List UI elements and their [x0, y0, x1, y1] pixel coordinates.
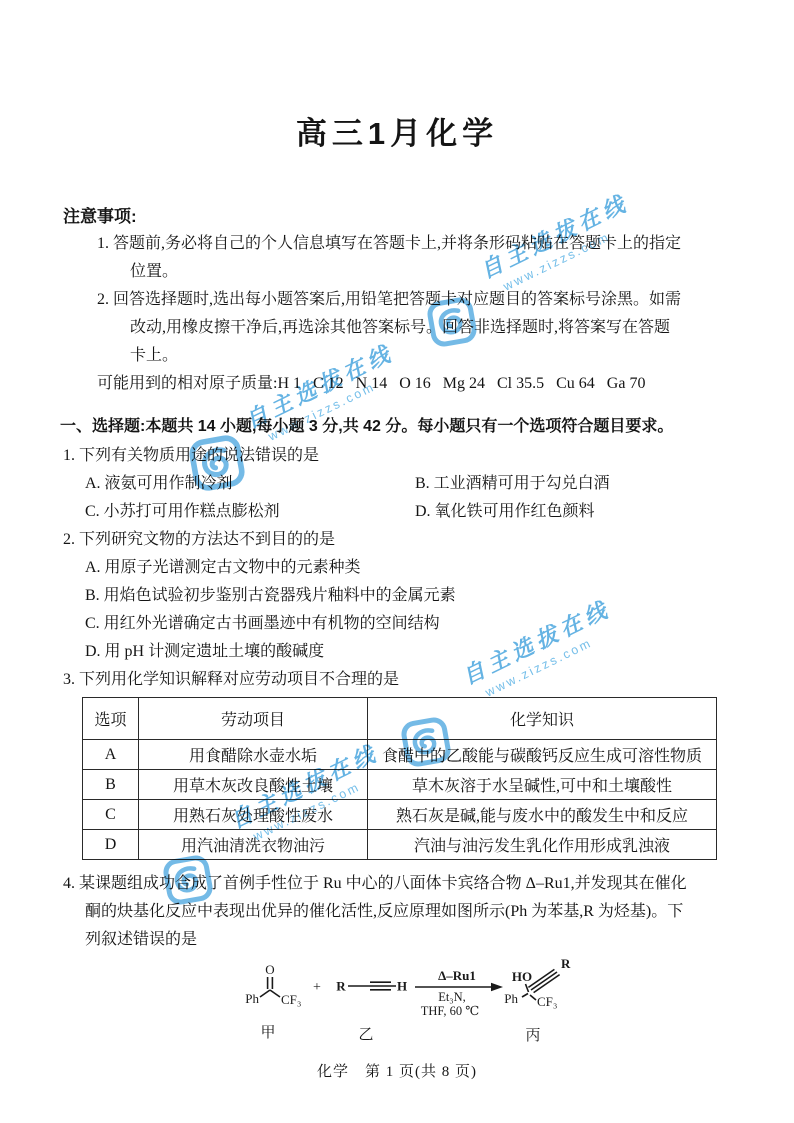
option-row: C. 小苏打可用作糕点膨松剂D. 氧化铁可用作红色颜料 — [63, 498, 753, 526]
question-line: 4. 某课题组成功合成了首例手性位于 Ru 中心的八面体卡宾络合物 Δ–Ru1,… — [63, 870, 753, 898]
cell-project: 用草木灰改良酸性土壤 — [139, 770, 368, 800]
table-row: A 用食醋除水壶水垢 食醋中的乙酸能与碳酸钙反应生成可溶性物质 — [83, 740, 717, 770]
compound-c-label: 丙 — [525, 1027, 540, 1044]
compound-a-label: 甲 — [260, 1024, 275, 1041]
cell-project: 用熟石灰处理酸性废水 — [139, 800, 368, 830]
cell-option: A — [83, 740, 139, 770]
option-a: A. 用原子光谱测定古文物中的元素种类 — [63, 554, 753, 582]
page-footer: 化学 第 1 页(共 8 页) — [0, 1060, 794, 1081]
atom-R: R — [336, 979, 346, 994]
option-c: C. 小苏打可用作糕点膨松剂 — [85, 498, 415, 526]
atom-O: O — [265, 962, 274, 977]
atomic-mass-line: 可能用到的相对原子质量:H 1 C 12 N 14 O 16 Mg 24 Cl … — [63, 370, 741, 398]
option-b: B. 工业酒精可用于勾兑白酒 — [415, 475, 610, 492]
question-stem: 3. 下列用化学知识解释对应劳动项目不合理的是 — [63, 666, 753, 694]
condition-thf: THF, 60 ℃ — [421, 1004, 479, 1018]
cell-knowledge: 草木灰溶于水呈碱性,可中和土壤酸性 — [368, 770, 717, 800]
col-header-project: 劳动项目 — [139, 698, 368, 740]
notice-line: 位置。 — [63, 258, 741, 286]
option-a: A. 液氨可用作制冷剂 — [85, 470, 415, 498]
option-b: B. 用焰色试验初步鉴别古瓷器残片釉料中的金属元素 — [63, 582, 753, 610]
option-d: D. 氧化铁可用作红色颜料 — [415, 503, 595, 520]
question-line: 酮的炔基化反应中表现出优异的催化活性,反应原理如图所示(Ph 为苯基,R 为烃基… — [63, 898, 753, 926]
notice-line: 1. 答题前,务必将自己的个人信息填写在答题卡上,并将条形码粘贴在答题卡上的指定 — [63, 230, 741, 258]
option-d: D. 用 pH 计测定遗址土壤的酸碱度 — [63, 638, 753, 666]
table-row: C 用熟石灰处理酸性废水 熟石灰是碱,能与废水中的酸发生中和反应 — [83, 800, 717, 830]
section-1-header: 一、选择题:本题共 14 小题,每小题 3 分,共 42 分。每小题只有一个选项… — [60, 414, 750, 440]
atom-CF3: CF₃ — [537, 994, 557, 1009]
atom-R: R — [561, 956, 571, 971]
option-c: C. 用红外光谱确定古书画墨迹中有机物的空间结构 — [63, 610, 753, 638]
plus-sign: + — [313, 980, 321, 995]
table-header-row: 选项 劳动项目 化学知识 — [83, 698, 717, 740]
cell-knowledge: 熟石灰是碱,能与废水中的酸发生中和反应 — [368, 800, 717, 830]
atom-H: H — [397, 979, 407, 994]
cell-knowledge: 食醋中的乙酸能与碳酸钙反应生成可溶性物质 — [368, 740, 717, 770]
col-header-knowledge: 化学知识 — [368, 698, 717, 740]
question-3: 3. 下列用化学知识解释对应劳动项目不合理的是 — [63, 666, 753, 694]
cell-option: B — [83, 770, 139, 800]
notice-line: 2. 回答选择题时,选出每小题答案后,用铅笔把答题卡对应题目的答案标号涂黑。如需 — [63, 286, 741, 314]
question-4: 4. 某课题组成功合成了首例手性位于 Ru 中心的八面体卡宾络合物 Δ–Ru1,… — [63, 870, 753, 954]
table-row: B 用草木灰改良酸性土壤 草木灰溶于水呈碱性,可中和土壤酸性 — [83, 770, 717, 800]
notice-line: 卡上。 — [63, 342, 741, 370]
atom-CF3: CF₃ — [281, 992, 301, 1007]
cell-project: 用食醋除水壶水垢 — [139, 740, 368, 770]
catalyst-label: Δ–Ru1 — [438, 968, 476, 983]
q3-table: 选项 劳动项目 化学知识 A 用食醋除水壶水垢 食醋中的乙酸能与碳酸钙反应生成可… — [82, 697, 717, 860]
cell-option: C — [83, 800, 139, 830]
cell-knowledge: 汽油与油污发生乳化作用形成乳浊液 — [368, 830, 717, 860]
cell-option: D — [83, 830, 139, 860]
question-2: 2. 下列研究文物的方法达不到目的的是 A. 用原子光谱测定古文物中的元素种类 … — [63, 526, 753, 666]
atom-HO: HO — [512, 969, 532, 984]
reaction-scheme: O Ph CF₃ + R H Δ–Ru1 Et₃N, THF, 60 ℃ HO … — [228, 943, 588, 1045]
condition-et3n: Et₃N, — [438, 990, 466, 1004]
atom-Ph: Ph — [245, 991, 259, 1006]
question-1: 1. 下列有关物质用途的说法错误的是 A. 液氨可用作制冷剂B. 工业酒精可用于… — [63, 442, 753, 526]
notice-heading: 注意事项: — [63, 204, 741, 230]
notice-section: 注意事项: 1. 答题前,务必将自己的个人信息填写在答题卡上,并将条形码粘贴在答… — [63, 204, 741, 398]
question-stem: 2. 下列研究文物的方法达不到目的的是 — [63, 526, 753, 554]
atom-Ph: Ph — [504, 991, 518, 1006]
notice-line: 改动,用橡皮擦干净后,再选涂其他答案标号。回答非选择题时,将答案写在答题 — [63, 314, 741, 342]
exam-page: 自主选拔在线 www.zizzs.com 自主选拔在线 www.zizzs.co… — [0, 0, 794, 1123]
question-stem: 1. 下列有关物质用途的说法错误的是 — [63, 442, 753, 470]
option-row: A. 液氨可用作制冷剂B. 工业酒精可用于勾兑白酒 — [63, 470, 753, 498]
page-title: 高三1月化学 — [0, 108, 794, 153]
col-header-option: 选项 — [83, 698, 139, 740]
compound-b-label: 乙 — [358, 1027, 373, 1043]
table-row: D 用汽油清洗衣物油污 汽油与油污发生乳化作用形成乳浊液 — [83, 830, 717, 860]
cell-project: 用汽油清洗衣物油污 — [139, 830, 368, 860]
